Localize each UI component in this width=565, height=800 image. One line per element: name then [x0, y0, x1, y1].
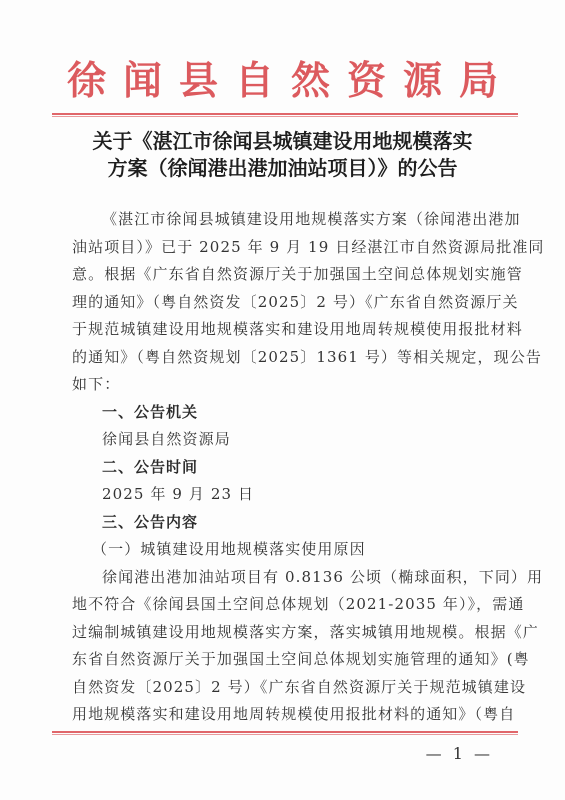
- content-line: 过编制城镇建设用地规模落实方案，落实城镇用地规模。根据《广: [72, 619, 497, 647]
- intro-line: 油站项目）》已于 2025 年 9 月 19 日经湛江市自然资源局批准同: [72, 234, 497, 262]
- section-heading-content: 三、公告内容: [72, 509, 497, 537]
- document-title: 关于《湛江市徐闻县城镇建设用地规模落实 方案（徐闻港出港加油站项目）》的公告: [0, 128, 565, 182]
- content-line: 徐闻港出港加油站项目有 0.8136 公顷（椭球面积，下同）用: [72, 564, 497, 592]
- document-body: 《湛江市徐闻县城镇建设用地规模落实方案（徐闻港出港加 油站项目）》已于 2025…: [72, 206, 497, 729]
- intro-line: 理的通知》（粤自然资发〔2025〕2 号）《广东省自然资源厅关: [72, 289, 497, 317]
- intro-line: 于规范城镇建设用地规模落实和建设用地周转规模使用报批材料: [72, 316, 497, 344]
- intro-line: 意。根据《广东省自然资源厅关于加强国土空间总体规划实施管: [72, 261, 497, 289]
- page-number: — 1 —: [426, 744, 493, 763]
- content-line: 地不符合《徐闻县国土空间总体规划（2021-2035 年）》，需通: [72, 591, 497, 619]
- content-line: 自然资发〔2025〕2 号）《广东省自然资源厅关于规范城镇建设: [72, 674, 497, 702]
- document-page: 徐闻县自然资源局 关于《湛江市徐闻县城镇建设用地规模落实 方案（徐闻港出港加油站…: [0, 0, 565, 800]
- intro-line: 如下：: [72, 371, 497, 399]
- section-subheading: （一）城镇建设用地规模落实使用原因: [72, 536, 497, 564]
- section-heading-time: 二、公告时间: [72, 454, 497, 482]
- intro-line: 《湛江市徐闻县城镇建设用地规模落实方案（徐闻港出港加: [72, 206, 497, 234]
- header-red-rule: [52, 113, 518, 117]
- content-line: 用地规模落实和建设用地周转规模使用报批材料的通知》（粤自: [72, 701, 497, 729]
- organization-header: 徐闻县自然资源局: [0, 56, 565, 106]
- section-content-time: 2025 年 9 月 23 日: [72, 481, 497, 509]
- section-heading-issuer: 一、公告机关: [72, 399, 497, 427]
- section-content-issuer: 徐闻县自然资源局: [72, 426, 497, 454]
- footer-red-rule: [52, 731, 518, 735]
- title-line-2: 方案（徐闻港出港加油站项目）》的公告: [0, 155, 565, 182]
- title-line-1: 关于《湛江市徐闻县城镇建设用地规模落实: [0, 128, 565, 155]
- intro-line: 的通知》（粤自然资规划〔2025〕1361 号）等相关规定，现公告: [72, 344, 497, 372]
- content-line: 东省自然资源厅关于加强国土空间总体规划实施管理的通知》(粤: [72, 646, 497, 674]
